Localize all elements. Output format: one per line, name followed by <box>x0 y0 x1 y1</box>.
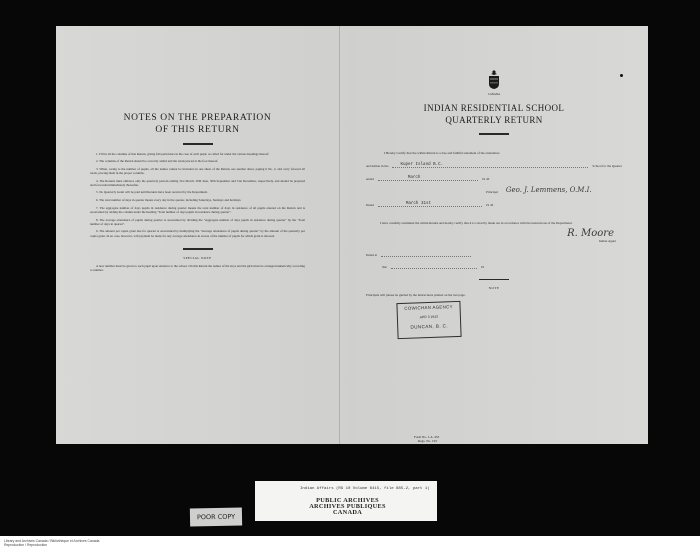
special-note-title: SPECIAL NOTE <box>90 256 305 260</box>
certification-form: I Hereby Certify that the within Return … <box>340 142 648 298</box>
note-divider <box>479 279 509 281</box>
page-fold <box>339 26 340 444</box>
note-item: 8. The average attendance of pupils duri… <box>90 218 305 227</box>
certify-line: I Hereby Certify that the within Return … <box>366 142 622 155</box>
archive-reference: Indian Affairs (RG 10 Volume 6415, file … <box>300 487 430 491</box>
principal-row: Principal Geo. J. Lemmens, O.M.I. <box>366 181 622 194</box>
form-number: Form No. I. A. 453 Regs. No. 193 <box>414 435 439 443</box>
agency-stamp: COWICHAN AGENCY APR 3 1943 DUNCAN, B. C. <box>396 301 461 339</box>
note-item: 2. The columns of the Return should be c… <box>90 159 305 163</box>
canada-crest-icon <box>487 70 501 92</box>
notes-page: NOTES ON THE PREPARATION OF THIS RETURN … <box>56 26 339 444</box>
notes-list: 1. Fill in all the columns of this Retur… <box>56 152 339 273</box>
principal-signature: Geo. J. Lemmens, O.M.I. <box>506 186 592 194</box>
title-divider <box>183 143 213 145</box>
special-note-divider <box>183 248 213 250</box>
note-title: NOTE <box>366 286 622 290</box>
this-row: this 19 <box>366 257 622 269</box>
dated-at-row: Dated at <box>366 243 622 257</box>
note-item: 9. The amount per capita grant due for q… <box>90 229 305 238</box>
footer-bar <box>0 536 700 554</box>
note-item: 6. The total number of days in quarter m… <box>90 198 305 202</box>
agent-row: R. Moore <box>366 225 622 239</box>
return-title: INDIAN RESIDENTIAL SCHOOL QUARTERLY RETU… <box>340 102 648 126</box>
agent-signature: R. Moore <box>567 228 614 239</box>
school-row: and tuition in the Kuper Island B.C. Sch… <box>366 155 622 168</box>
return-page: CANADA INDIAN RESIDENTIAL SCHOOL QUARTER… <box>340 26 648 444</box>
dated-field: March 31st <box>378 202 482 207</box>
special-note-text: A new number must be given to each pupil… <box>90 264 305 273</box>
title-divider <box>479 133 509 135</box>
footer-credit: Library and Archives Canada / Bibliothèq… <box>4 539 99 547</box>
notes-title: NOTES ON THE PREPARATION OF THIS RETURN <box>56 112 339 136</box>
note-item: 3. When, owing to the number of pupils, … <box>90 167 305 176</box>
punch-hole <box>620 74 623 77</box>
note-item: 7. The aggregate number of days pupils i… <box>90 206 305 215</box>
document-sheet: NOTES ON THE PREPARATION OF THIS RETURN … <box>56 26 648 444</box>
ended-row: ended March 19 43 <box>366 168 622 181</box>
note-item: 4. The Returns must embrace only the qua… <box>90 179 305 188</box>
crest-label: CANADA <box>340 93 648 96</box>
dated-row: Dated March 31st 19 43 <box>366 194 622 207</box>
note-item: 1. Fill in all the columns of this Retur… <box>90 152 305 156</box>
note-item: 5. No Quarterly Grant will be paid until… <box>90 190 305 194</box>
poor-copy-label: POOR COPY <box>190 508 242 527</box>
archive-title: PUBLIC ARCHIVES ARCHIVES PUBLIQUES CANAD… <box>255 498 440 517</box>
note-text: Principals will please be guided by the … <box>366 293 622 297</box>
